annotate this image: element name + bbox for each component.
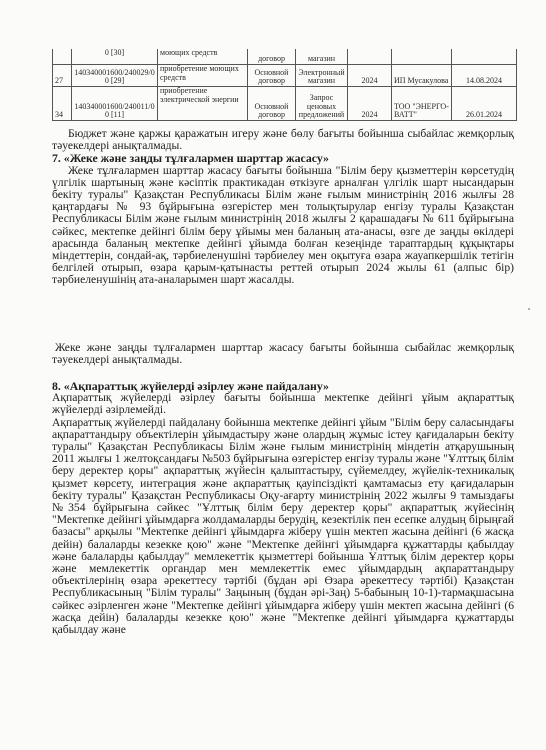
cell-subject: приобретение моющих средств (158, 65, 248, 87)
table-row: 27 140340001600/240029/0 0 [29] приобрет… (53, 65, 517, 87)
cell-num (53, 49, 72, 65)
procurement-table: 0 [30] моющих средств договор магазин 27… (52, 49, 517, 121)
cell-subject: моющих средств (158, 49, 248, 65)
cell-num: 34 (53, 87, 72, 121)
cell-method: Запрос ценовых предложений (296, 87, 348, 121)
cell-code: 0 [30] (72, 49, 158, 65)
table-row: 34 140340001600/240011/0 0 [11] приобрет… (53, 87, 517, 121)
cell-date (452, 49, 517, 65)
paragraph-budget-conclusion: Бюджет және қаржы қаражатын игеру және б… (52, 128, 514, 152)
cell-contract-type: Основной договор (248, 65, 296, 87)
contracts-conclusion-block: Жеке және заңды тұлғалармен шарттар жаса… (52, 342, 514, 366)
section-7-block: Бюджет және қаржы қаражатын игеру және б… (52, 128, 514, 287)
cell-num: 27 (53, 65, 72, 87)
cell-method: магазин (296, 49, 348, 65)
cell-supplier: ИП Мусакулова (392, 65, 452, 87)
section-8-block: 8. «Ақпараттық жүйелерді әзірлеу және па… (52, 380, 514, 636)
cell-date: 14.08.2024 (452, 65, 517, 87)
paragraph-contracts-conclusion: Жеке және заңды тұлғалармен шарттар жаса… (52, 342, 514, 366)
cell-contract-type: Основной договор (248, 87, 296, 121)
cell-code: 140340001600/240011/0 0 [11] (72, 87, 158, 121)
cell-method: Электронный магазин (296, 65, 348, 87)
cell-year: 2024 (348, 65, 392, 87)
cell-date: 26.01.2024 (452, 87, 517, 121)
cell-supplier (392, 49, 452, 65)
cell-code: 140340001600/240029/0 0 [29] (72, 65, 158, 87)
paragraph-is-development: Ақпараттық жүйелерді әзірлеу бағыты бойы… (52, 392, 514, 416)
cell-subject: приобретение электрической энергии (158, 87, 248, 121)
table-row: 0 [30] моющих средств договор магазин (53, 49, 517, 65)
section-heading-7: 7. «Жеке және заңды тұлғалармен шарттар … (52, 152, 514, 164)
scan-speck (528, 308, 530, 310)
cell-contract-type: договор (248, 49, 296, 65)
cell-year (348, 49, 392, 65)
cell-year: 2024 (348, 87, 392, 121)
document-page: 0 [30] моющих средств договор магазин 27… (0, 0, 546, 750)
cell-supplier: ТОО "ЭНЕРГО-ВАТТ" (392, 87, 452, 121)
paragraph-is-usage: Ақпараттық жүйелерді пайдалану бойынша м… (52, 417, 514, 637)
paragraph-contracts: Жеке тұлғалармен шарттар жасасу бағыты б… (52, 165, 514, 287)
